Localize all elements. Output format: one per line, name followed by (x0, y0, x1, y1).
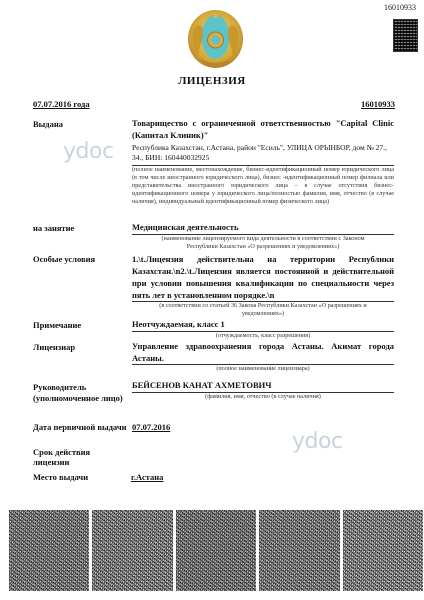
head-label-line2: (уполномоченное лицо) (33, 393, 123, 404)
issued-to-address: Республика Казахстан, г.Астана, район "Е… (132, 143, 394, 162)
barcode-icon (343, 510, 423, 591)
remark-note: (отчуждаемость, класс разрешения) (132, 332, 394, 340)
licensor-note: (полное наименование лицензиара) (132, 365, 394, 373)
head-note: (фамилия, имя, отчество (в случае наличи… (132, 393, 394, 401)
watermark: ydoc (292, 429, 343, 454)
special-conditions-note-line2: уведомлениях») (132, 310, 394, 318)
first-issue-date-value: 07.07.2016 (132, 422, 170, 433)
barcode-icon (9, 510, 89, 591)
qr-code-icon (393, 19, 418, 52)
activity-note-line1: (наименование лицензируемого вида деятел… (132, 235, 394, 243)
watermark: ydoc (63, 139, 114, 164)
issued-to-label: Выдана (33, 119, 63, 130)
license-number: 16010933 (361, 99, 395, 109)
head-label-line1: Руководитель (33, 382, 86, 393)
special-conditions-label: Особые условия (33, 254, 95, 265)
special-conditions-value: 1.\t.Лицензия действительна на территори… (132, 253, 394, 301)
document-number-top: 16010933 (384, 3, 416, 12)
special-conditions-note-line1: (в соответствии со статьей 36 Закона Рес… (132, 302, 394, 310)
remark-label: Примечание (33, 320, 81, 331)
state-emblem-icon (187, 9, 244, 69)
issued-to-note: (полное наименование, местонахождение, б… (132, 166, 394, 206)
remark-value: Неотчуждаемая, класс 1 (132, 319, 394, 331)
document-title: ЛИЦЕНЗИЯ (0, 75, 424, 87)
place-value: г.Астана (131, 472, 163, 483)
place-label: Место выдачи (33, 472, 88, 483)
validity-label-line2: лицензии (33, 457, 69, 468)
licensor-value: Управление здравоохранения города Астаны… (132, 341, 394, 364)
barcode-icon (92, 510, 172, 591)
activity-value: Медицинская деятельность (132, 222, 394, 234)
issued-to-value: Товарищество с ограниченной ответственно… (132, 118, 394, 141)
head-value: БЕЙСЕНОВ КАНАТ АХМЕТОВИЧ (132, 380, 394, 392)
activity-note-line2: Республики Казахстан «О разрешениях и ув… (132, 243, 394, 251)
license-date: 07.07.2016 года (33, 99, 90, 109)
barcode-strip (9, 510, 423, 591)
activity-label: на занятие (33, 223, 74, 234)
barcode-icon (259, 510, 339, 591)
barcode-icon (176, 510, 256, 591)
licensor-label: Лицензиар (33, 342, 75, 353)
first-issue-date-label: Дата первичной выдачи (33, 422, 127, 433)
